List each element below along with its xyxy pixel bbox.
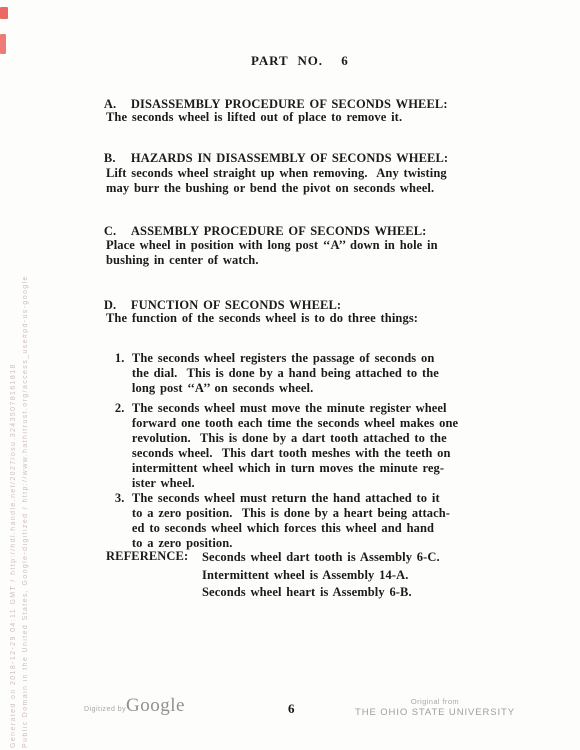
section-c-body: Place wheel in position with long post ‘… bbox=[106, 238, 438, 268]
section-a-body: The seconds wheel is lifted out of place… bbox=[106, 110, 402, 125]
red-edge-mark bbox=[0, 34, 6, 54]
original-from-label: Original from bbox=[375, 697, 495, 706]
list-item-number: 1. bbox=[115, 351, 132, 366]
google-logo: Google bbox=[126, 695, 185, 717]
section-d-intro: The function of the seconds wheel is to … bbox=[106, 311, 418, 326]
digitized-by-label: Digitized by bbox=[84, 706, 126, 713]
institution-credit: THE OHIO STATE UNIVERSITY bbox=[355, 707, 515, 718]
section-letter: C. bbox=[104, 224, 131, 239]
list-item-number: 3. bbox=[115, 491, 132, 506]
reference-label: REFERENCE: bbox=[106, 549, 188, 564]
margin-generated-text: Generated on 2018-12-29 04:11 GMT / http… bbox=[10, 363, 17, 748]
reference-lines: Seconds wheel dart tooth is Assembly 6-C… bbox=[202, 549, 440, 602]
list-item-text: The seconds wheel must return the hand a… bbox=[132, 491, 450, 551]
section-heading-text: FUNCTION OF SECONDS WHEEL: bbox=[131, 298, 341, 312]
margin-rights-text: Public Domain in the United States, Goog… bbox=[22, 275, 29, 748]
section-heading-text: HAZARDS IN DISASSEMBLY OF SECONDS WHEEL: bbox=[131, 151, 448, 165]
list-item-number: 2. bbox=[115, 401, 132, 416]
page-title: PART NO. 6 bbox=[251, 53, 349, 68]
page-number: 6 bbox=[288, 701, 295, 717]
section-heading-text: DISASSEMBLY PROCEDURE OF SECONDS WHEEL: bbox=[131, 97, 448, 111]
red-edge-mark bbox=[0, 7, 8, 19]
section-b-body: Lift seconds wheel straight up when remo… bbox=[106, 166, 447, 196]
section-letter: B. bbox=[104, 151, 131, 166]
scanned-document-page: Generated on 2018-12-29 04:11 GMT / http… bbox=[0, 0, 580, 750]
section-heading-text: ASSEMBLY PROCEDURE OF SECONDS WHEEL: bbox=[131, 224, 427, 238]
